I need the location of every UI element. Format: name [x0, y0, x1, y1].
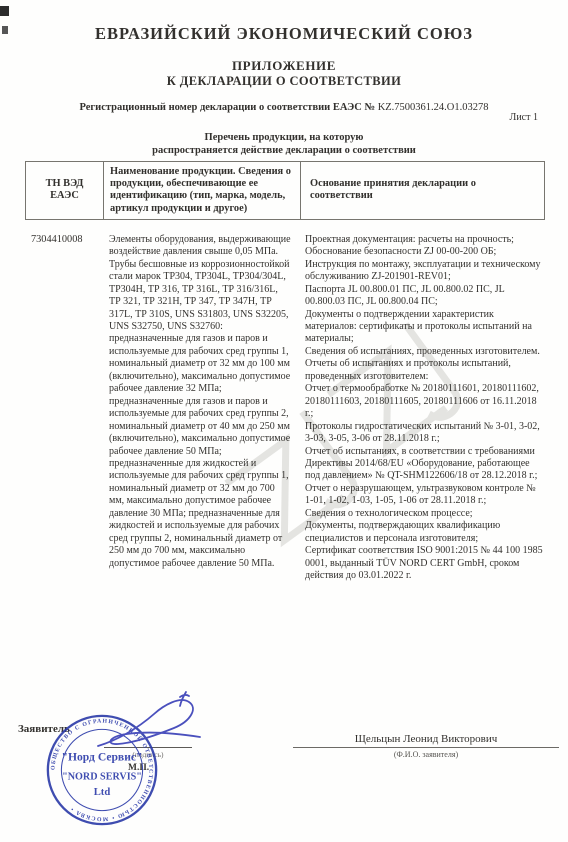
basis-item: Протоколы гидростатических испытаний № 3… [305, 421, 543, 446]
basis-item: Паспорта JL 00.800.01 ПС, JL 00.800.02 П… [305, 284, 543, 309]
stamp-center-line3: Ltd [94, 787, 111, 798]
applicant-name-caption: (Ф.И.О. заявителя) [293, 748, 559, 759]
basis-item: Обоснование безопасности ZJ 00-00-200 ОБ… [305, 246, 543, 258]
table-header-row: ТН ВЭД ЕАЭС Наименование продукции. Свед… [25, 161, 545, 220]
handwritten-signature [90, 688, 220, 758]
basis-item: Отчет о термообработке № 20180111601, 20… [305, 383, 543, 420]
basis-item: Сведения об испытаниях, проведенных изго… [305, 346, 543, 383]
table-row: 7304410008 Элементы оборудования, выдерж… [25, 220, 545, 583]
union-title: ЕВРАЗИЙСКИЙ ЭКОНОМИЧЕСКИЙ СОЮЗ [0, 24, 568, 44]
declaration-title: К ДЕКЛАРАЦИИ О СООТВЕТСТВИИ [0, 74, 568, 89]
basis-item: Инструкция по монтажу, эксплуатации и те… [305, 259, 543, 284]
appendix-title: ПРИЛОЖЕНИЕ [0, 58, 568, 74]
scan-artifact [0, 6, 9, 16]
basis-item: Сведения о технологическом процессе; [305, 508, 543, 520]
header-tnved: ТН ВЭД ЕАЭС [26, 162, 104, 219]
header-product-name: Наименование продукции. Сведения о проду… [104, 162, 301, 219]
products-table: ТН ВЭД ЕАЭС Наименование продукции. Свед… [25, 161, 545, 583]
registration-number: KZ.7500361.24.О1.03278 [378, 102, 489, 113]
cell-product-description: Элементы оборудования, выдерживающие воз… [103, 234, 300, 583]
basis-item: Документы, подтверждающих квалификацию с… [305, 520, 543, 545]
registration-line: Регистрационный номер декларации о соотв… [0, 102, 568, 113]
basis-item: Сертификат соответствия ISO 9001:2015 № … [305, 545, 543, 582]
applicant-name-block: Щельцын Леонид Викторович (Ф.И.О. заявит… [293, 733, 559, 759]
registration-label: Регистрационный номер декларации о соотв… [79, 102, 375, 113]
list-heading-line1: Перечень продукции, на которую [0, 132, 568, 143]
list-heading-line2: распространяется действие декларации о с… [0, 145, 568, 156]
basis-item: Документы о подтверждении характеристик … [305, 309, 543, 346]
basis-item: Отчет об испытаниях, в соответствии с тр… [305, 446, 543, 483]
sheet-number: Лист 1 [510, 112, 538, 123]
basis-item: Проектная документация: расчеты на прочн… [305, 234, 543, 246]
basis-item: Отчет о неразрушающем, ультразвуковом ко… [305, 483, 543, 508]
applicant-name: Щельцын Леонид Викторович [293, 733, 559, 748]
cell-tnved-code: 7304410008 [25, 234, 103, 583]
header-basis: Основание принятия декларации о соответс… [301, 162, 546, 219]
cell-basis-documents: Проектная документация: расчеты на прочн… [300, 234, 545, 583]
stamp-center-line2: "NORD SERVIS" [62, 772, 142, 783]
declaration-appendix-page: ЕВРАЗИЙСКИЙ ЭКОНОМИЧЕСКИЙ СОЮЗ ПРИЛОЖЕНИ… [0, 0, 568, 842]
